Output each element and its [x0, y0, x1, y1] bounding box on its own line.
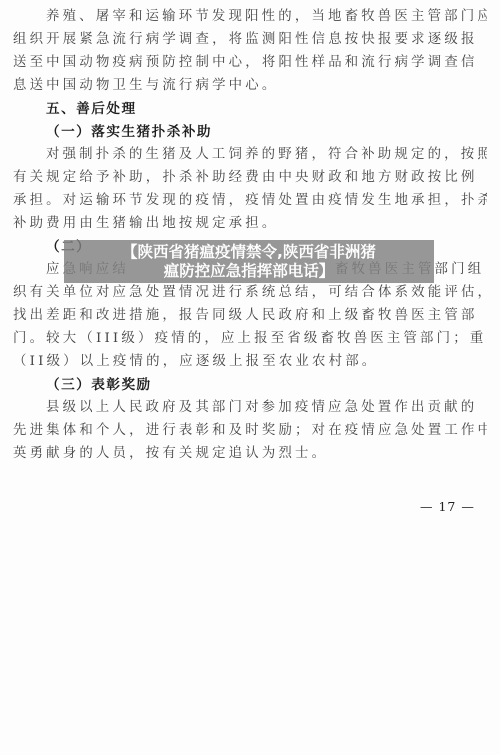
subsection-1-title: （一）落实生猪扑杀补助: [46, 123, 212, 141]
paragraph-1-line-2: 组织开展紧急流行病学调查，将监测阳性信息按快报要求逐级报: [13, 31, 487, 49]
paragraph-2-line-3: 承担。对运输环节发现的疫情，疫情处置由疫情发生地承担，扑杀: [13, 192, 487, 210]
banner-line-2: 瘟防控应急指挥部电话】: [64, 262, 434, 281]
paragraph-3-line-3: 找出差距和改进措施，报告同级人民政府和上级畜牧兽医主管部: [13, 307, 487, 325]
title-overlay-banner: 【陕西省猪瘟疫情禁令,陕西省非洲猪 瘟防控应急指挥部电话】: [64, 240, 434, 283]
paragraph-4-line-2: 先进集体和个人，进行表彰和及时奖励；对在疫情应急处置工作中: [13, 422, 487, 440]
paragraph-1-line-4: 息送中国动物卫生与流行病学中心。: [13, 77, 487, 95]
paragraph-4-line-3: 英勇献身的人员，按有关规定追认为烈士。: [13, 445, 487, 463]
paragraph-3-line-5: （II级）以上疫情的，应逐级上报至农业农村部。: [13, 353, 487, 371]
paragraph-4-line-1: 县级以上人民政府及其部门对参加疫情应急处置作出贡献的: [46, 399, 487, 417]
banner-line-1: 【陕西省猪瘟疫情禁令,陕西省非洲猪: [64, 243, 434, 262]
paragraph-1-line-3: 送至中国动物疫病预防控制中心，将阳性样品和流行病学调查信: [13, 54, 487, 72]
section-5-title: 五、善后处理: [46, 100, 137, 118]
paragraph-1-line-1: 养殖、屠宰和运输环节发现阳性的，当地畜牧兽医主管部门应: [46, 8, 487, 26]
subsection-3-title: （三）表彰奖励: [46, 376, 152, 394]
page-number: — 17 —: [420, 499, 475, 514]
document-page: 养殖、屠宰和运输环节发现阳性的，当地畜牧兽医主管部门应 组织开展紧急流行病学调查…: [0, 0, 500, 755]
paragraph-2-line-4: 补助费用由生猪输出地按规定承担。: [13, 215, 487, 233]
paragraph-3-line-2: 织有关单位对应急处置情况进行系统总结，可结合体系效能评估，: [13, 284, 487, 302]
paragraph-3-line-4: 门。较大（III级）疫情的，应上报至省级畜牧兽医主管部门；重大: [13, 330, 487, 348]
paragraph-2-line-1: 对强制扑杀的生猪及人工饲养的野猪，符合补助规定的，按照: [46, 146, 487, 164]
paragraph-2-line-2: 有关规定给予补助，扑杀补助经费由中央财政和地方财政按比例: [13, 169, 487, 187]
